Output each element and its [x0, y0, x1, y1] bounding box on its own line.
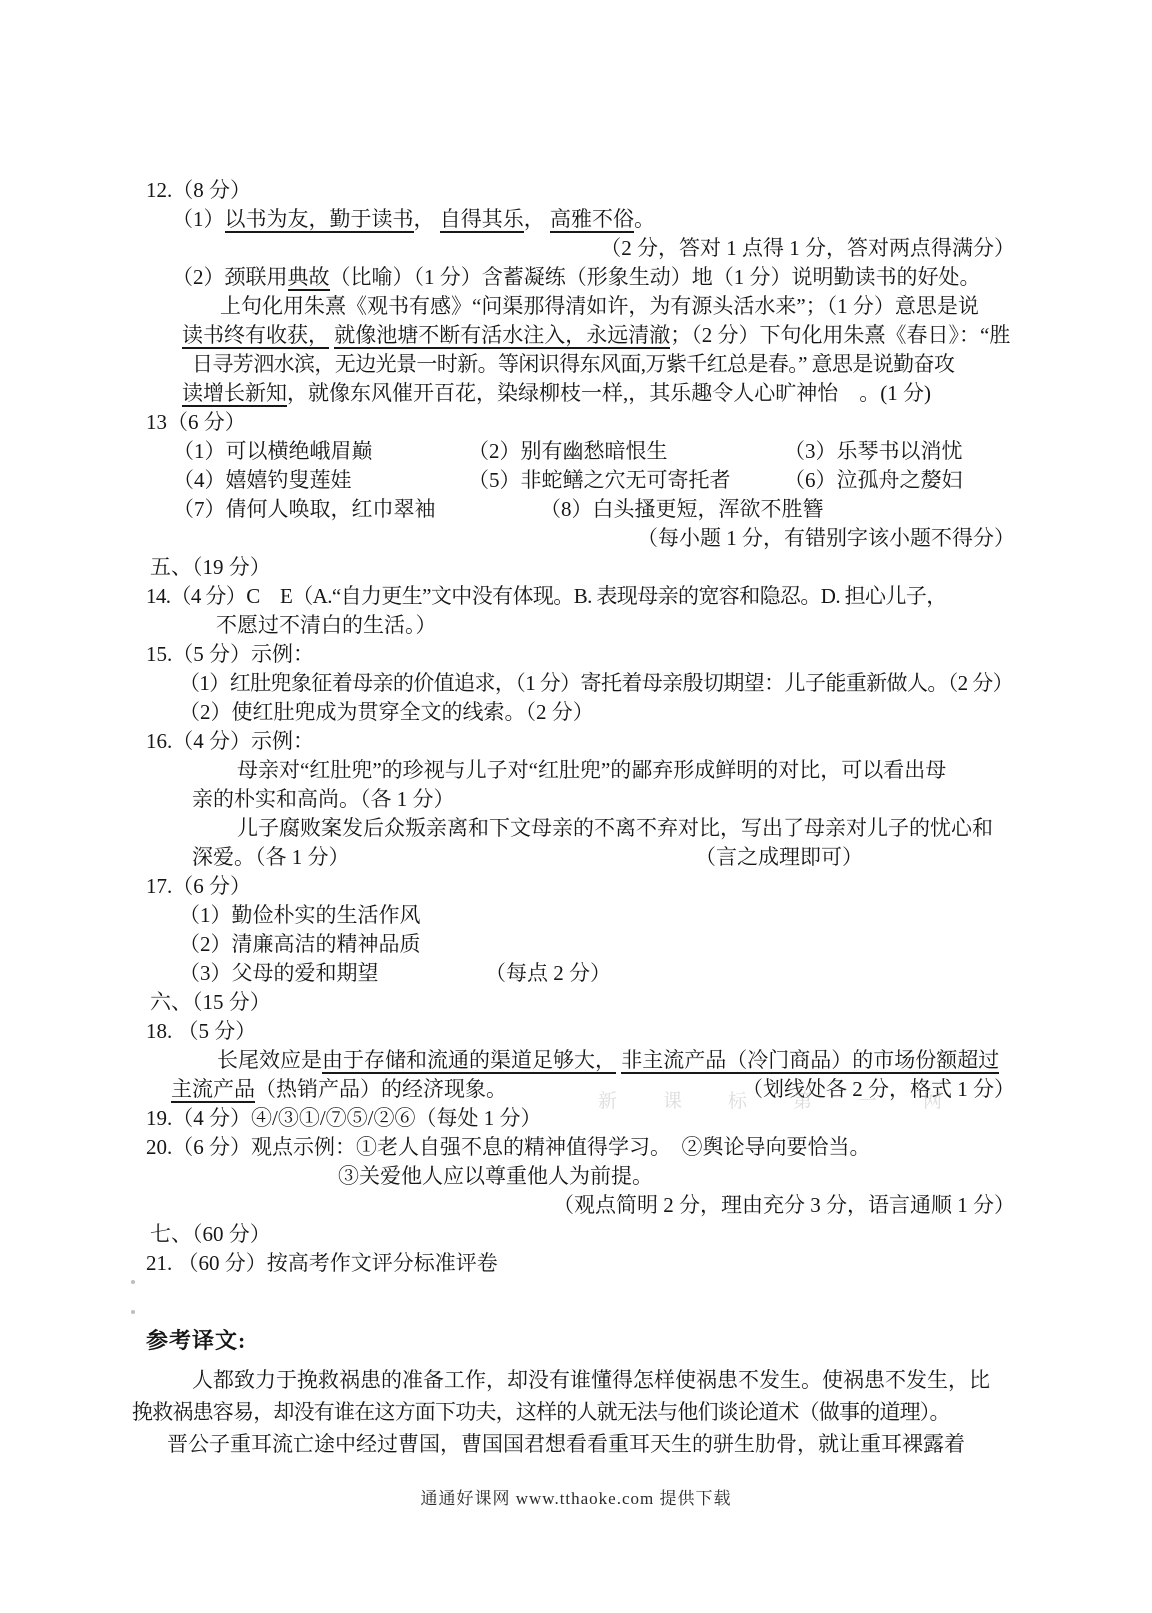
underlined-segment: 以书为友，勤于读书: [225, 207, 414, 233]
translation-para1-line2: 挽救祸患容易，却没有谁在这方面下功夫，这样的人就无法与他们谈论道术（做事的道理）…: [132, 1396, 1026, 1428]
text-segment: 。: [634, 207, 655, 231]
underlined-segment: 读书终有收获，: [182, 323, 329, 349]
text-segment: 亲的朴实和高尚。（各 1 分）: [192, 787, 455, 811]
text-segment: 19.（4 分）④/③①/⑦⑤/②⑥（每处 1 分）: [146, 1106, 542, 1130]
question-number: 13（6 分）: [146, 410, 246, 434]
q13-heading: 13（6 分）: [146, 408, 1015, 437]
section7-heading: 七、（60 分）: [150, 1220, 1015, 1249]
translation-para2-line1: 晋公子重耳流亡途中经过曹国，曹国国君想看看重耳天生的骈生肋骨，就让重耳裸露着: [167, 1428, 1026, 1460]
section-title: 七、（60 分）: [150, 1222, 271, 1246]
q15-heading: 15.（5 分）示例：: [146, 640, 1015, 669]
text-segment: （1）勤俭朴实的生活作风: [179, 903, 421, 927]
text-segment: 21. （60 分）按高考作文评分标准评卷: [146, 1251, 498, 1275]
q13-item-5: （5）非蛇鳝之穴无可寄托者: [468, 466, 784, 495]
q12-answer1-line: （1）以书为友，勤于读书， 自得其乐， 高雅不俗。: [172, 205, 1015, 234]
q17-line2: （1）勤俭朴实的生活作风: [179, 901, 1015, 930]
text-segment: （1）红肚兜象征着母亲的价值追求，（1 分）寄托着母亲殷切期望：儿子能重新做人。…: [179, 671, 1013, 695]
score-note: （每点 2 分）: [485, 959, 611, 988]
q13-row1: （1）可以横绝峨眉巅（2）别有幽愁暗恨生（3）乐琴书以消忧: [173, 437, 1015, 466]
q13-item-1: （1）可以横绝峨眉巅: [173, 437, 468, 466]
q14-line1: 14.（4 分）C E（A.“自力更生”文中没有体现。B. 表现母亲的宽容和隐忍…: [146, 582, 1015, 611]
translation-heading: 参考译文:: [146, 1326, 1026, 1356]
underlined-segment: 非主流产品（冷门商品）的市场份额超过: [621, 1048, 999, 1074]
q16-line3: 亲的朴实和高尚。（各 1 分）: [192, 785, 1015, 814]
text-segment: 14.（4 分）C E（A.“自力更生”文中没有体现。B. 表现母亲的宽容和隐忍…: [146, 584, 947, 608]
q13-item-3: （3）乐琴书以消忧: [784, 437, 1015, 466]
q13-item-4: （4）嬉嬉钓叟莲娃: [173, 466, 468, 495]
underlined-segment: 读增长新知: [182, 381, 287, 407]
q13-item-6: （6）泣孤舟之嫠妇: [784, 466, 1015, 495]
question-number: 17.（6 分）: [146, 874, 251, 898]
q16-line5: 深爱。（各 1 分）（言之成理即可）: [192, 843, 1015, 872]
text-segment: （比喻）（1 分）含蓄凝练（形象生动）地（1 分）说明勤读书的好处。: [330, 265, 981, 289]
q12-heading: 12.（8 分）: [146, 176, 1015, 205]
text-segment: （2）清廉高洁的精神品质: [179, 932, 421, 956]
underlined-segment: 主流产品: [171, 1077, 255, 1103]
q20-score-note: （观点简明 2 分，理由充分 3 分，语言通顺 1 分）: [146, 1191, 1015, 1220]
text-segment: 日寻芳泗水滨，无边光景一时新。等闲识得东风面,万紫千红总是春。” 意思是说勤奋攻: [192, 352, 954, 376]
watermark-text: 新课标第一网: [598, 1086, 988, 1113]
question-number: 16.（4 分）示例：: [146, 729, 314, 753]
text-segment: ，: [524, 207, 550, 231]
site-footer: 通通好课网 www.tthaoke.com 提供下载: [0, 1484, 1152, 1509]
q20-line2: ③关爱他人应以尊重他人为前提。: [338, 1162, 1015, 1191]
score-note: （2 分，答对 1 点得 1 分，答对两点得满分）: [600, 236, 1015, 260]
q17-line3: （2）清廉高洁的精神品质: [179, 930, 1015, 959]
reference-translation: 参考译文: 人都致力于挽救祸患的准备工作，却没有谁懂得怎样使祸患不发生。使祸患不…: [146, 1326, 1026, 1460]
question-number: 15.（5 分）示例：: [146, 642, 314, 666]
q13-item-8: （8）白头搔更短，浑欲不胜簪: [540, 495, 1015, 524]
text-segment: ③关爱他人应以尊重他人为前提。: [338, 1164, 653, 1188]
underlined-segment: 由于存储和流通的渠道足够大，: [322, 1048, 616, 1074]
score-note: （言之成理即可）: [695, 843, 863, 872]
q12-answer2-line5: 读增长新知，就像东风催开百花，染绿柳枝一样,，其乐趣令人心旷神怡 。(1 分): [182, 379, 1015, 408]
q18-line2: 长尾效应是由于存储和流通的渠道足够大， 非主流产品（冷门商品）的市场份额超过: [217, 1046, 1015, 1075]
text-segment: （1）: [172, 207, 225, 231]
underlined-segment: 就像池塘不断有活水注入，永远清澈: [334, 323, 670, 349]
section6-heading: 六、（15 分）: [150, 988, 1015, 1017]
text-segment: 深爱。（各 1 分）: [192, 845, 350, 869]
score-note: （每小题 1 分，有错别字该小题不得分）: [637, 526, 1015, 550]
q12-answer2-line4: 日寻芳泗水滨，无边光景一时新。等闲识得东风面,万紫千红总是春。” 意思是说勤奋攻: [192, 350, 1015, 379]
text-segment: 不愿过不清白的生活。）: [216, 613, 437, 637]
text-segment: 长尾效应是: [217, 1048, 322, 1072]
text-segment: （2）使红肚兜成为贯穿全文的线索。（2 分）: [179, 700, 594, 724]
q15-line3: （2）使红肚兜成为贯穿全文的线索。（2 分）: [179, 698, 1015, 727]
underlined-segment: 高雅不俗: [550, 207, 634, 233]
text-segment: （热销产品）的经济现象。: [255, 1077, 507, 1101]
q13-row2: （4）嬉嬉钓叟莲娃（5）非蛇鳝之穴无可寄托者（6）泣孤舟之嫠妇: [173, 466, 1015, 495]
question-number: 12.（8 分）: [146, 178, 251, 202]
q12-answer1-score-note: （2 分，答对 1 点得 1 分，答对两点得满分）: [146, 234, 1015, 263]
q16-line4: 儿子腐败案发后众叛亲离和下文母亲的不离不弃对比，写出了母亲对儿子的忧心和: [237, 814, 1015, 843]
q13-score-note: （每小题 1 分，有错别字该小题不得分）: [146, 524, 1015, 553]
q16-line2: 母亲对“红肚兜”的珍视与儿子对“红肚兜”的鄙弃形成鲜明的对比，可以看出母: [237, 756, 1015, 785]
text-segment: ，就像东风催开百花，染绿柳枝一样,，其乐趣令人心旷神怡 。(1 分): [287, 381, 931, 405]
q13-item-2: （2）别有幽愁暗恨生: [468, 437, 784, 466]
exam-answer-key-page: 12.（8 分） （1）以书为友，勤于读书， 自得其乐， 高雅不俗。 （2 分，…: [0, 0, 1152, 1613]
q20-line1: 20.（6 分）观点示例：①老人自强不息的精神值得学习。 ②舆论导向要恰当。: [146, 1133, 1015, 1162]
q17-line4: （3）父母的爱和期望（每点 2 分）: [179, 959, 1015, 988]
underlined-segment: 自得其乐: [440, 207, 524, 233]
scan-speck: [131, 1310, 135, 1314]
text-segment: 20.（6 分）观点示例：①老人自强不息的精神值得学习。 ②舆论导向要恰当。: [146, 1135, 871, 1159]
underlined-segment: 典故: [288, 265, 330, 291]
question-number: 18. （5 分）: [146, 1019, 256, 1043]
scan-speck: [131, 1280, 135, 1284]
text-segment: （2）颈联用: [172, 265, 288, 289]
q12-answer2-line3: 读书终有收获， 就像池塘不断有活水注入，永远清澈；（2 分）下句化用朱熹《春日》…: [182, 321, 1015, 350]
text-segment: （3）父母的爱和期望: [179, 961, 379, 985]
text-segment: 上句化用朱熹《观书有感》“问渠那得清如许，为有源头活水来”；（1 分）意思是说: [220, 294, 979, 318]
footer-text: 通通好课网 www.tthaoke.com 提供下载: [420, 1489, 731, 1508]
section-title: 五、（19 分）: [150, 555, 271, 579]
q13-row3: （7）倩何人唤取，红巾翠袖（8）白头搔更短，浑欲不胜簪: [173, 495, 1015, 524]
text-segment: ；（2 分）下句化用朱熹《春日》：“胜: [670, 323, 1010, 347]
q14-line2: 不愿过不清白的生活。）: [216, 611, 1015, 640]
q13-item-7: （7）倩何人唤取，红巾翠袖: [173, 495, 540, 524]
section-title: 六、（15 分）: [150, 990, 271, 1014]
score-note: （观点简明 2 分，理由充分 3 分，语言通顺 1 分）: [553, 1193, 1015, 1217]
translation-para1-line1: 人都致力于挽救祸患的准备工作，却没有谁懂得怎样使祸患不发生。使祸患不发生，比: [192, 1364, 1026, 1396]
q15-line2: （1）红肚兜象征着母亲的价值追求，（1 分）寄托着母亲殷切期望：儿子能重新做人。…: [179, 669, 1015, 698]
text-segment: 儿子腐败案发后众叛亲离和下文母亲的不离不弃对比，写出了母亲对儿子的忧心和: [237, 816, 993, 840]
q16-heading: 16.（4 分）示例：: [146, 727, 1015, 756]
q12-answer2-line2: 上句化用朱熹《观书有感》“问渠那得清如许，为有源头活水来”；（1 分）意思是说: [220, 292, 1015, 321]
text-segment: 母亲对“红肚兜”的珍视与儿子对“红肚兜”的鄙弃形成鲜明的对比，可以看出母: [237, 758, 946, 782]
q21-line: 21. （60 分）按高考作文评分标准评卷: [146, 1249, 1015, 1278]
q18-heading: 18. （5 分）: [146, 1017, 1015, 1046]
q12-answer2-line1: （2）颈联用典故（比喻）（1 分）含蓄凝练（形象生动）地（1 分）说明勤读书的好…: [172, 263, 1015, 292]
text-segment: ，: [414, 207, 440, 231]
q17-heading: 17.（6 分）: [146, 872, 1015, 901]
section5-heading: 五、（19 分）: [150, 553, 1015, 582]
